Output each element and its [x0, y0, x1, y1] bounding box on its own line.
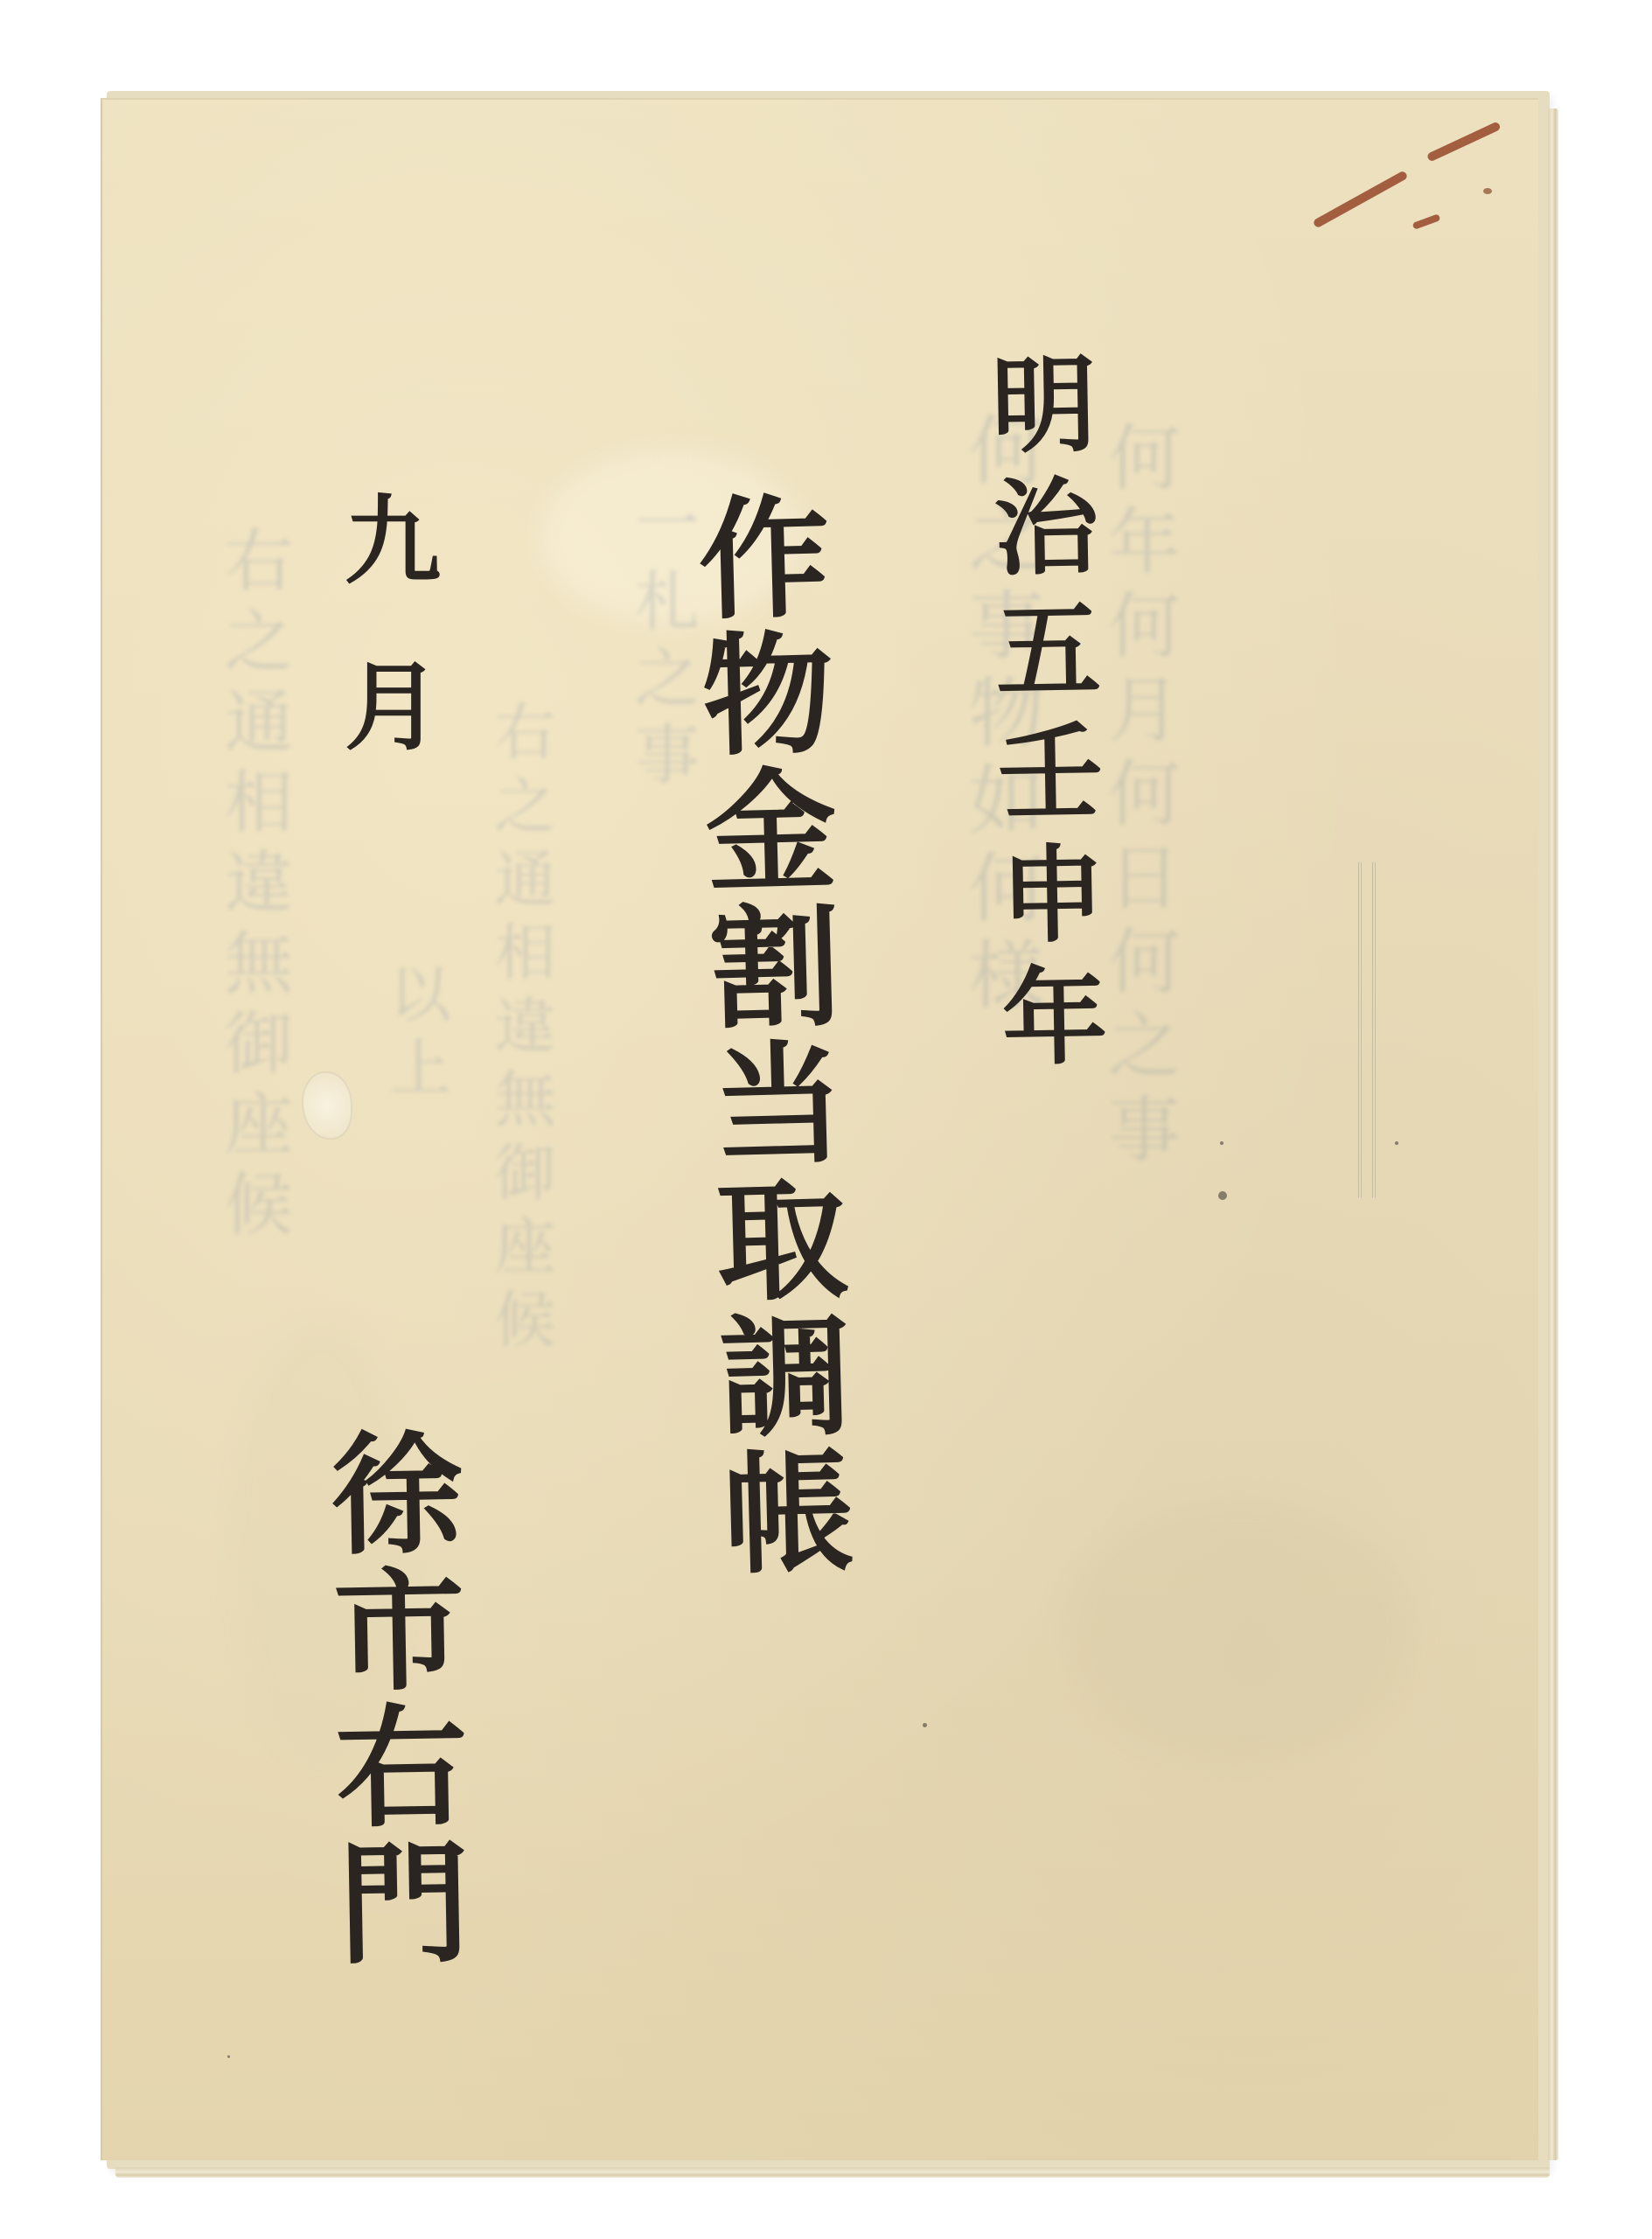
paper-stain — [1064, 1499, 1414, 1761]
date-column: 明治五壬申年 — [982, 349, 1100, 1085]
paper-speck — [227, 2055, 230, 2058]
bleed-through-text: 以上 — [385, 962, 446, 1109]
author-signature: 徐市右門 — [319, 1425, 460, 1973]
month-column: 九月 — [337, 490, 433, 822]
document-title: 作物金割当取調帳 — [686, 488, 846, 1582]
binding-crease — [1358, 861, 1362, 1198]
paper-speck — [923, 1723, 927, 1727]
paper-speck — [1395, 1141, 1398, 1145]
ink-speck — [1483, 188, 1492, 194]
bleed-through-text: 右之通相違無御座候 — [490, 700, 551, 1361]
paper-speck — [1220, 1141, 1223, 1145]
bleed-through-text: 右之通相違無御座候 — [219, 525, 287, 1249]
binding-crease — [1372, 861, 1376, 1198]
paper-speck — [1218, 1191, 1227, 1200]
bleed-through-text: 何年何月何日何之事 — [1102, 420, 1174, 1175]
